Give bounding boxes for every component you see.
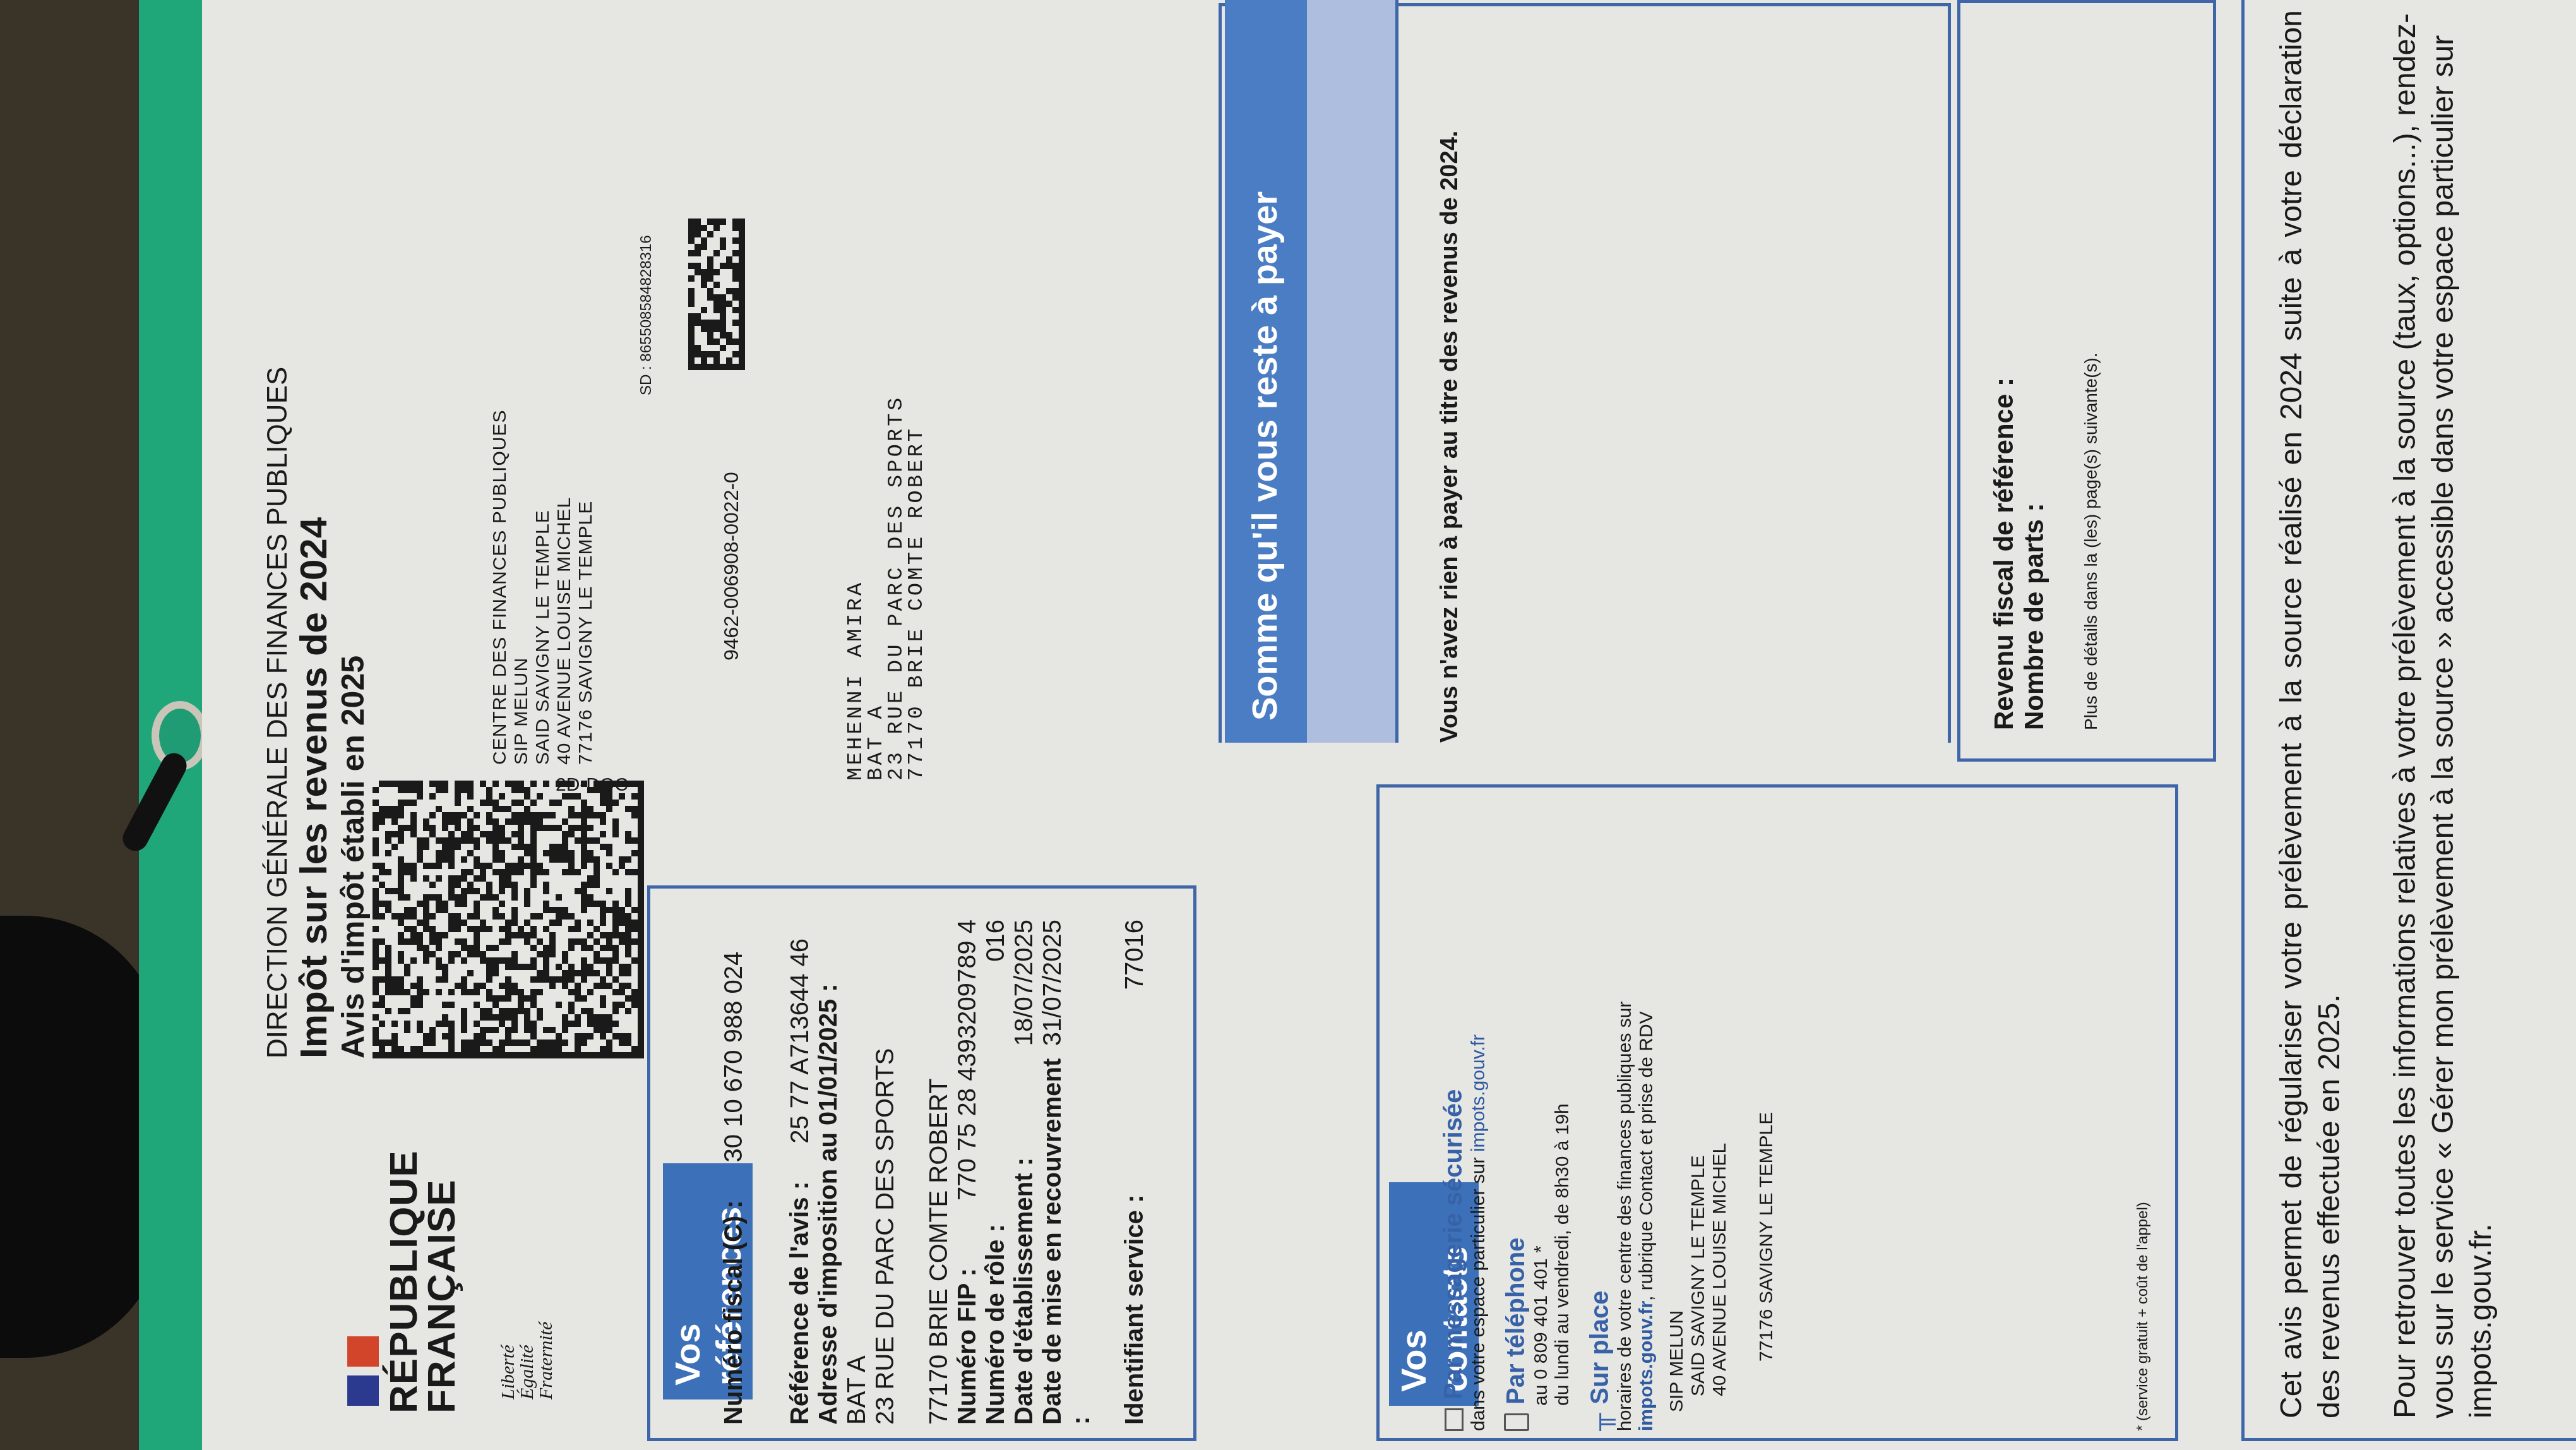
phone-footnote: * (service gratuit + coût de l'appel) bbox=[2134, 1202, 2152, 1431]
sd-barcode-icon bbox=[688, 219, 745, 370]
2d-doc-label: 2D-DOC bbox=[556, 774, 628, 796]
marianne-flag-logo bbox=[347, 1336, 379, 1406]
republique-francaise-logo-text: RÉPUBLIQUE FRANÇAISE bbox=[385, 1151, 461, 1413]
sender-address: CENTRE DES FINANCES PUBLIQUES SIP MELUN … bbox=[489, 410, 597, 765]
building-icon: ╥ bbox=[1586, 1413, 1614, 1431]
rfr-content: Revenu fiscal de référence : Nombre de p… bbox=[1989, 352, 2101, 730]
direction-label: DIRECTION GÉNÉRALE DES FINANCES PUBLIQUE… bbox=[262, 367, 294, 1058]
recipient-address: MEHENNI AMIRA BAT A 23 RUE DU PARC DES S… bbox=[846, 395, 927, 781]
somme-band bbox=[1307, 0, 1398, 743]
barcode-number: 9462-006908-0022-0 bbox=[720, 472, 743, 661]
impots-link[interactable]: impots.gouv.fr bbox=[1468, 1034, 1489, 1152]
impots-link-rdv[interactable]: impots.gouv.fr bbox=[1636, 1301, 1657, 1431]
contacts-content: Par messagerie sécurisée dans votre espa… bbox=[1440, 825, 1777, 1431]
computer-icon bbox=[1445, 1408, 1464, 1431]
document-subtitle: Avis d'impôt établi en 2025 bbox=[335, 656, 371, 1058]
motto: Liberté Égalité Fraternité bbox=[499, 1322, 556, 1399]
somme-message: Vous n'avez rien à payer au titre des re… bbox=[1436, 131, 1464, 743]
info-content: Cet avis permet de régulariser votre pré… bbox=[2273, 10, 2500, 1418]
datamatrix-2d-doc-icon bbox=[373, 781, 644, 1058]
tax-notice-page: RÉPUBLIQUE FRANÇAISE Liberté Égalité Fra… bbox=[202, 0, 2576, 1450]
sd-number: SD : 86550858482831​6 bbox=[638, 235, 655, 395]
references-content: Numéro fiscal (C) :30 10 670 988 024 Réf… bbox=[720, 920, 1149, 1425]
phone-icon bbox=[1504, 1413, 1529, 1431]
document-title: Impôt sur les revenus de 2024 bbox=[292, 517, 335, 1058]
somme-header: Somme qu'il vous reste à payer bbox=[1225, 0, 1307, 743]
